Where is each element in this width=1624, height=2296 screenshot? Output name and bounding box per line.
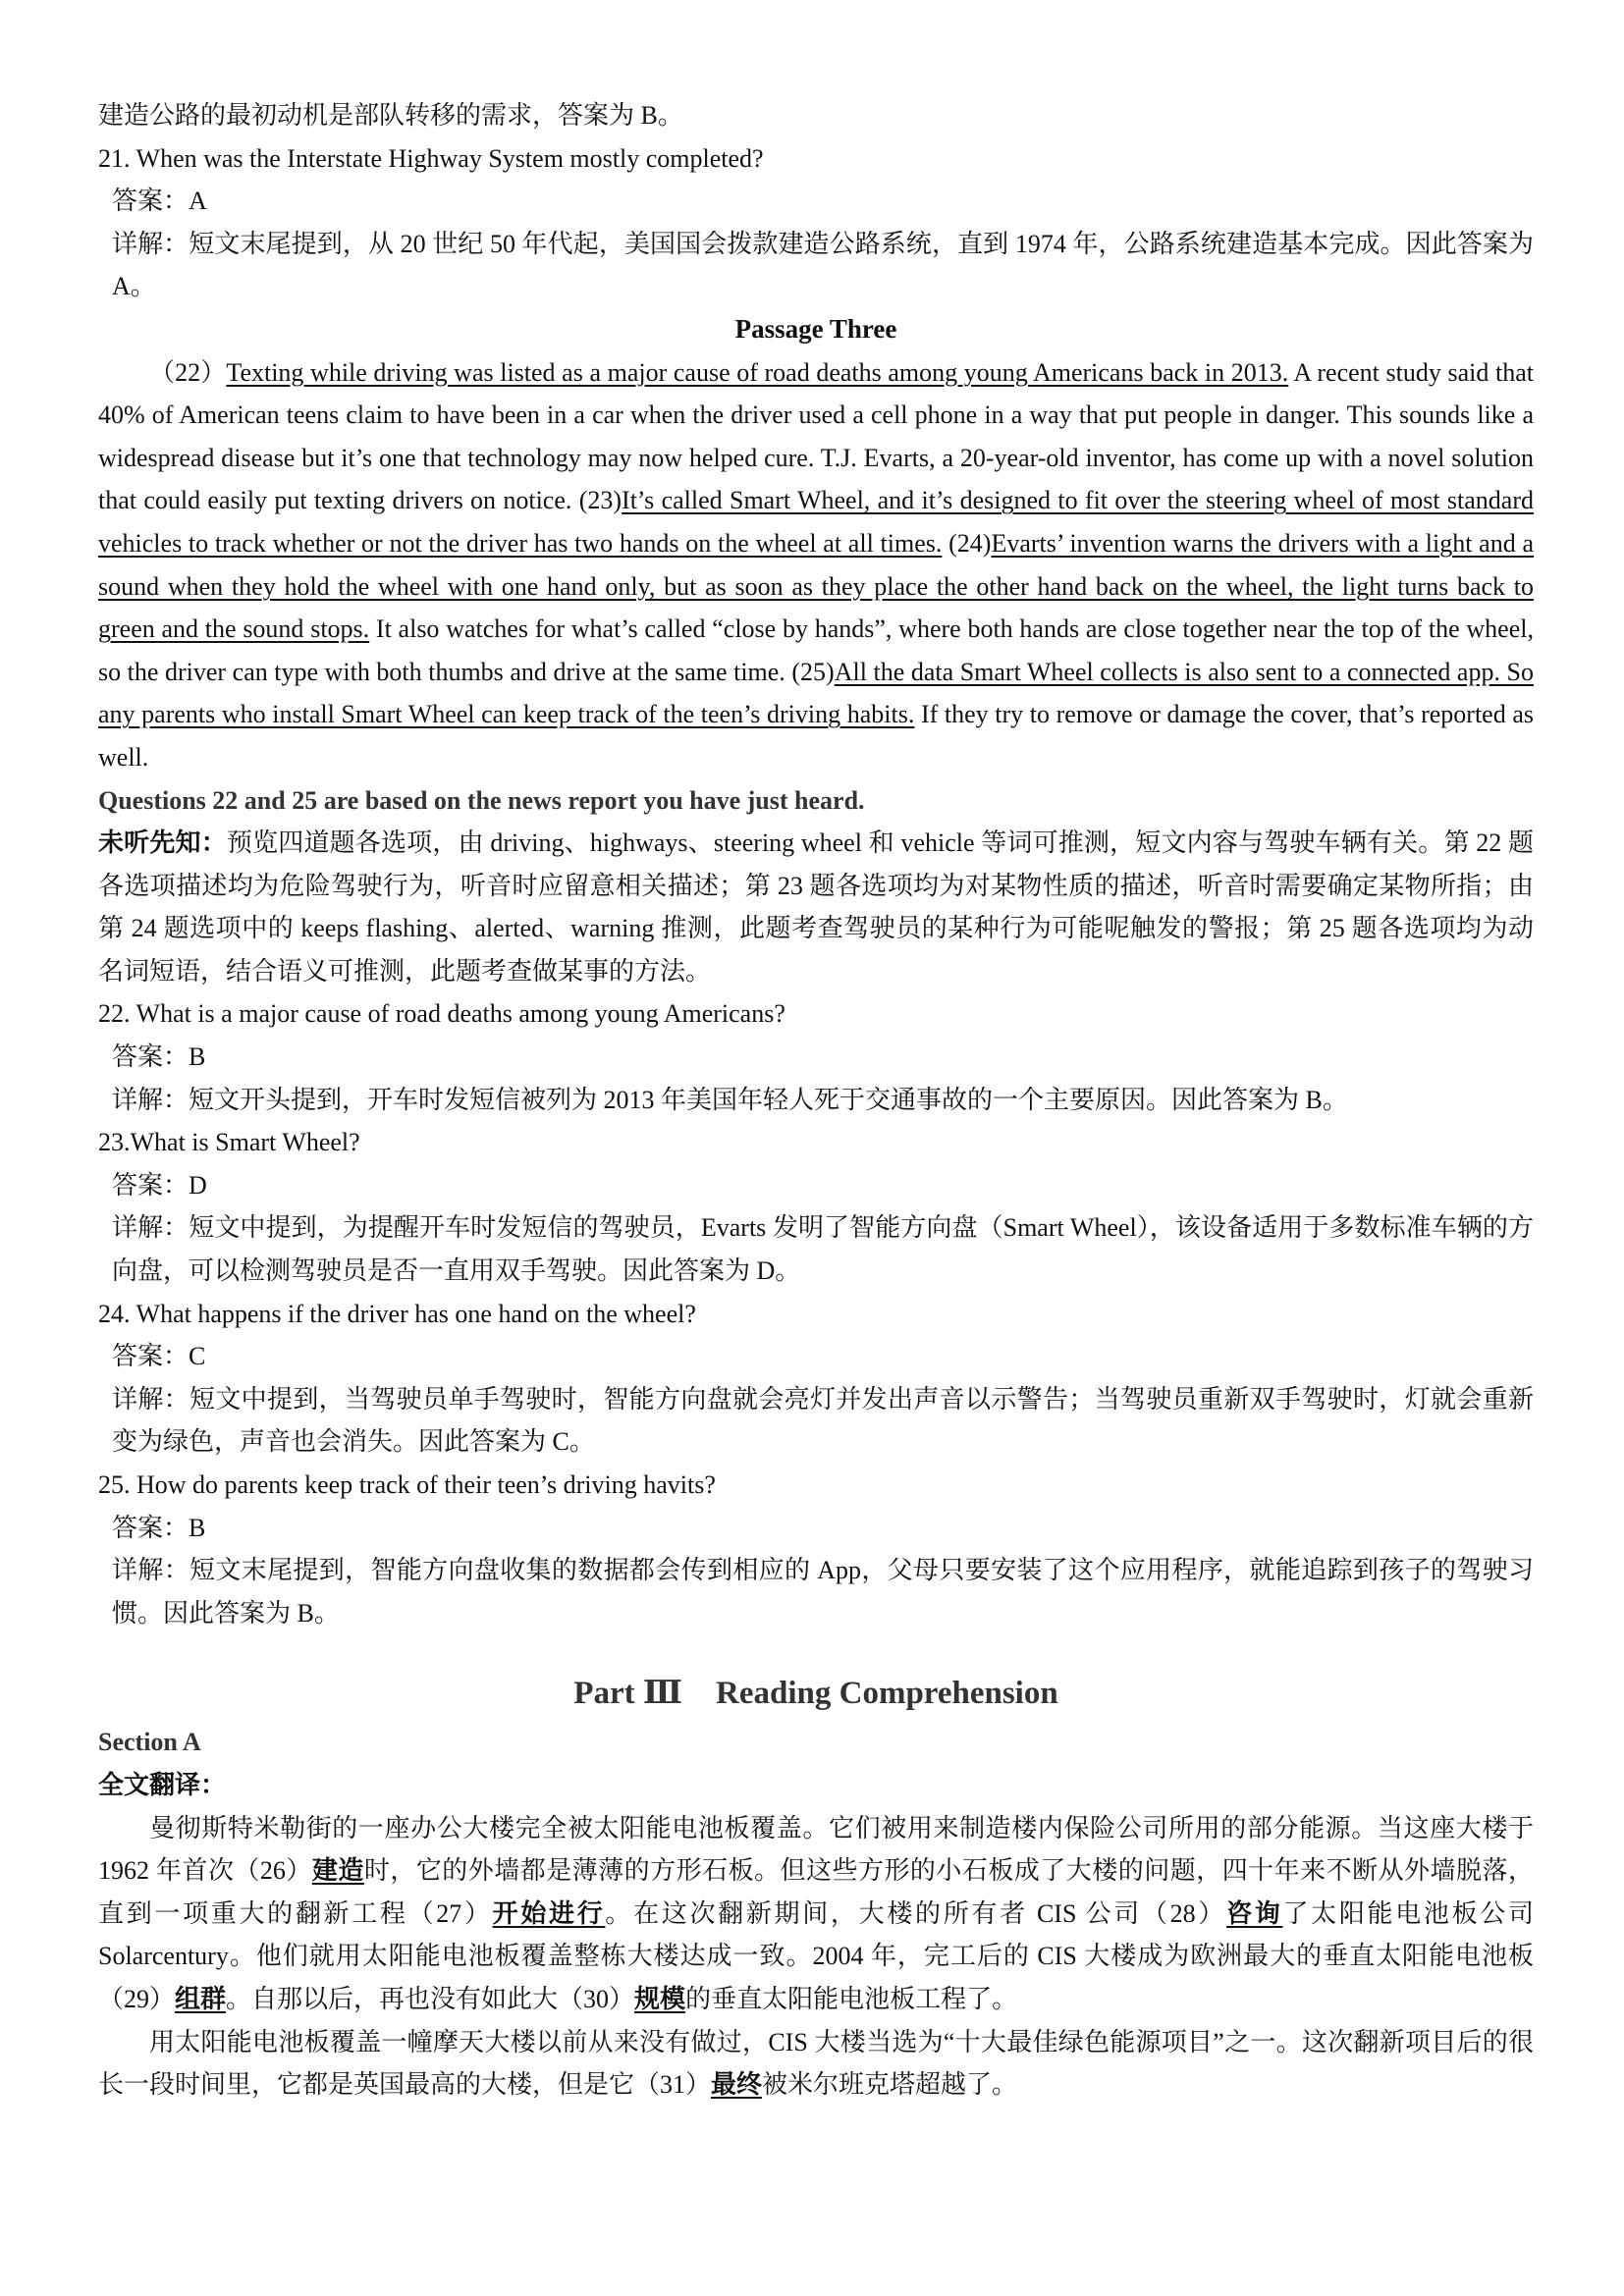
part-label: Part Ⅲ bbox=[573, 1676, 682, 1711]
answer-24: 答案：C bbox=[98, 1335, 1534, 1378]
translation-seg: 。自那以后，再也没有如此大（30） bbox=[226, 1985, 634, 2013]
passage-seg: （22） bbox=[149, 358, 226, 387]
question-24: 24. What happens if the driver has one h… bbox=[98, 1293, 1534, 1336]
blank-30-answer: 规模 bbox=[634, 1985, 685, 2013]
translation-paragraph-1: 曼彻斯特米勒街的一座办公大楼完全被太阳能电池板覆盖。它们被用来制造楼内保险公司所… bbox=[98, 1807, 1534, 2021]
detail-24: 详解：短文中提到，当驾驶员单手驾驶时，智能方向盘就会亮灯并发出声音以示警告；当驾… bbox=[98, 1378, 1534, 1464]
questions-header: Questions 22 and 25 are based on the new… bbox=[98, 779, 1534, 823]
question-25: 25. How do parents keep track of their t… bbox=[98, 1464, 1534, 1507]
translation-paragraph-2: 用太阳能电池板覆盖一幢摩天大楼以前从来没有做过，CIS 大楼当选为“十大最佳绿色… bbox=[98, 2021, 1534, 2107]
answer-23: 答案：D bbox=[98, 1164, 1534, 1207]
question-22: 22. What is a major cause of road deaths… bbox=[98, 992, 1534, 1036]
question-block-22: 22. What is a major cause of road deaths… bbox=[98, 992, 1534, 1121]
carryover-explanation: 建造公路的最初动机是部队转移的需求，答案为 B。 bbox=[98, 94, 1534, 137]
question-21: 21. When was the Interstate Highway Syst… bbox=[98, 137, 1534, 181]
translation-label: 全文翻译： bbox=[98, 1764, 1534, 1807]
blank-28-answer: 咨询 bbox=[1226, 1899, 1282, 1928]
translation-seg: 被米尔班克塔超越了。 bbox=[762, 2070, 1017, 2099]
passage-seg: (24) bbox=[942, 529, 991, 558]
blank-29-answer: 组群 bbox=[175, 1985, 226, 2013]
passage-three-text: （22）Texting while driving was listed as … bbox=[98, 351, 1534, 779]
section-heading: Section A bbox=[98, 1721, 1534, 1764]
question-block-24: 24. What happens if the driver has one h… bbox=[98, 1293, 1534, 1464]
blank-31-answer: 最终 bbox=[711, 2070, 762, 2099]
document-page: 建造公路的最初动机是部队转移的需求，答案为 B。 21. When was th… bbox=[98, 94, 1534, 2107]
answer-22: 答案：B bbox=[98, 1036, 1534, 1079]
detail-22: 详解：短文开头提到，开车时发短信被列为 2013 年美国年轻人死于交通事故的一个… bbox=[98, 1079, 1534, 1122]
blank-27-answer: 开始进行 bbox=[493, 1899, 606, 1928]
detail-23: 详解：短文中提到，为提醒开车时发短信的驾驶员，Evarts 发明了智能方向盘（S… bbox=[98, 1206, 1534, 1292]
answer-25: 答案：B bbox=[98, 1507, 1534, 1550]
question-block-25: 25. How do parents keep track of their t… bbox=[98, 1464, 1534, 1634]
part-title: Reading Comprehension bbox=[716, 1676, 1058, 1711]
passage-three-title: Passage Three bbox=[98, 308, 1534, 351]
answer-21: 答案：A bbox=[98, 180, 1534, 223]
preview-tips: 未听先知：预览四道题各选项，由 driving、highways、steerin… bbox=[98, 822, 1534, 992]
question-23: 23.What is Smart Wheel? bbox=[98, 1121, 1534, 1164]
detail-25: 详解：短文末尾提到，智能方向盘收集的数据都会传到相应的 App，父母只要安装了这… bbox=[98, 1549, 1534, 1634]
passage-seg-underlined-22: Texting while driving was listed as a ma… bbox=[226, 358, 1288, 387]
preview-text: 预览四道题各选项，由 driving、highways、steering whe… bbox=[98, 828, 1534, 986]
detail-21: 详解：短文末尾提到，从 20 世纪 50 年代起，美国国会拨款建造公路系统，直到… bbox=[98, 223, 1534, 308]
translation-seg: 。在这次翻新期间，大楼的所有者 CIS 公司（28） bbox=[605, 1899, 1226, 1928]
preview-label: 未听先知： bbox=[98, 828, 227, 857]
question-block-23: 23.What is Smart Wheel? 答案：D 详解：短文中提到，为提… bbox=[98, 1121, 1534, 1292]
part-heading: Part ⅢReading Comprehension bbox=[98, 1670, 1534, 1717]
translation-seg: 的垂直太阳能电池板工程了。 bbox=[685, 1985, 1017, 2013]
blank-26-answer: 建造 bbox=[312, 1856, 364, 1885]
